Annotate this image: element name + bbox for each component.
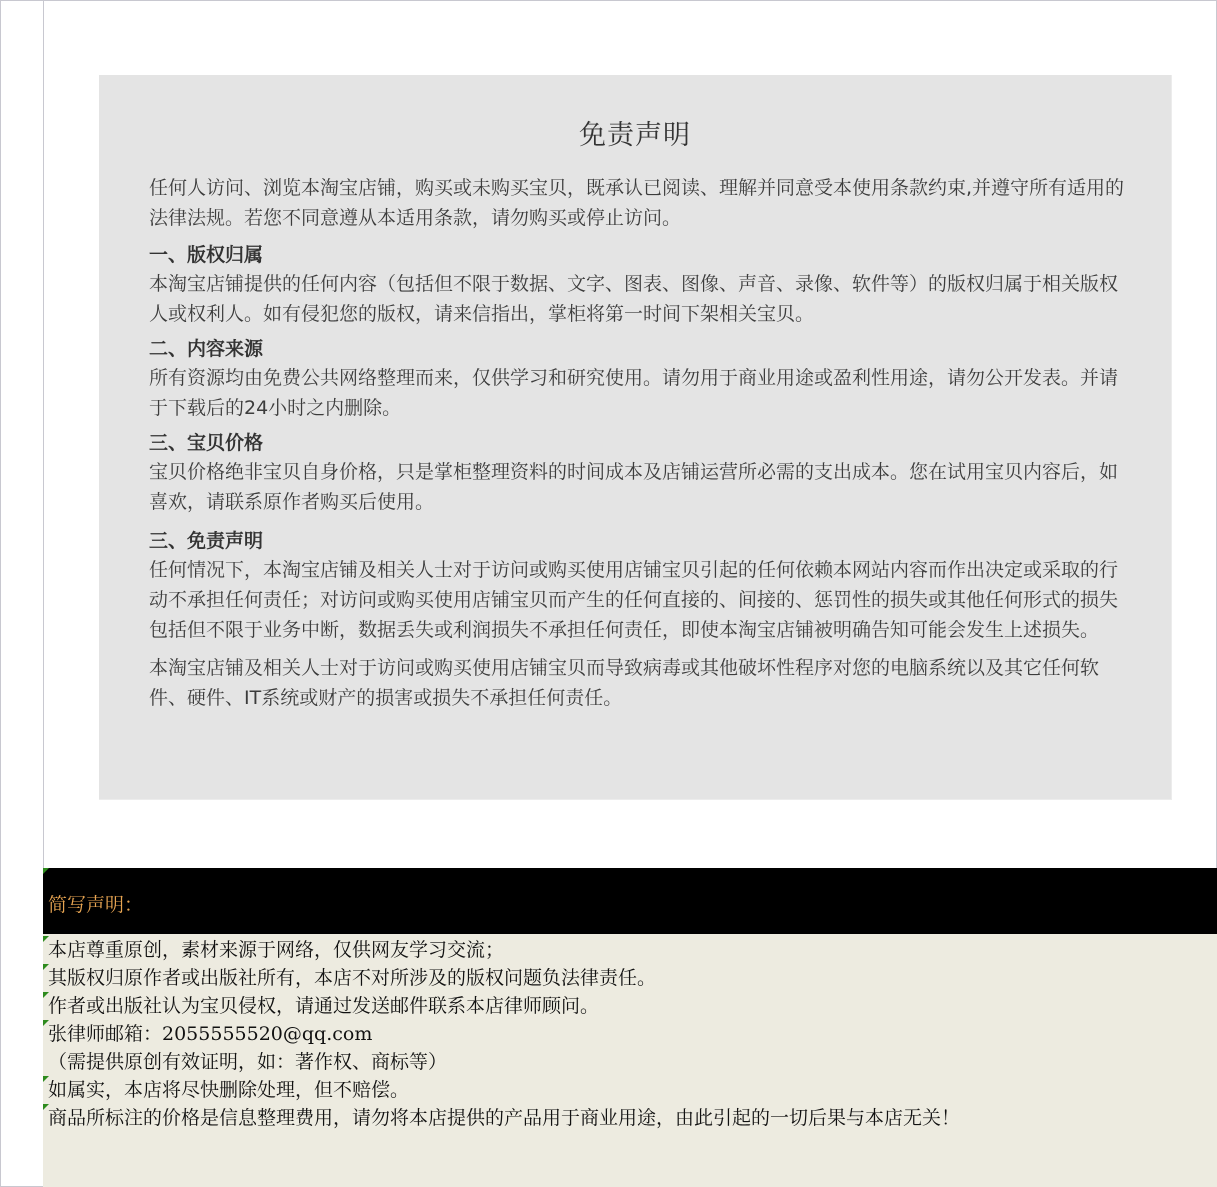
- section-text-liability: 任何情况下，本淘宝店铺及相关人士对于访问或购买使用店铺宝贝引起的任何依赖本网站内…: [149, 555, 1129, 645]
- comment-indicator-icon[interactable]: [43, 992, 49, 998]
- note-text: 本店尊重原创，素材来源于网络，仅供网友学习交流；: [48, 939, 504, 961]
- disclaimer-title: 免责声明: [99, 113, 1171, 152]
- note-text: 如属实，本店将尽快删除处理，但不赔偿。: [48, 1079, 409, 1101]
- section-text-price: 宝贝价格绝非宝贝自身价格，只是掌柜整理资料的时间成本及店铺运营所必需的支出成本。…: [149, 457, 1129, 517]
- note-text: 其版权归原作者或出版社所有，本店不对所涉及的版权问题负法律责任。: [48, 967, 656, 989]
- note-text: 作者或出版社认为宝贝侵权，请通过发送邮件联系本店律师顾问。: [48, 995, 599, 1017]
- note-text: 张律师邮箱：2055555520@qq.com: [48, 1023, 372, 1045]
- note-cell[interactable]: 作者或出版社认为宝贝侵权，请通过发送邮件联系本店律师顾问。: [43, 992, 1217, 1020]
- disclaimer-closing: 本淘宝店铺及相关人士对于访问或购买使用店铺宝贝而导致病毒或其他破坏性程序对您的电…: [149, 653, 1129, 713]
- notes-area: 本店尊重原创，素材来源于网络，仅供网友学习交流； 其版权归原作者或出版社所有，本…: [43, 934, 1217, 1187]
- note-text: 商品所标注的价格是信息整理费用，请勿将本店提供的产品用于商业用途，由此引起的一切…: [48, 1107, 960, 1129]
- disclaimer-body: 任何人访问、浏览本淘宝店铺，购买或未购买宝贝，既承认已阅读、理解并同意受本使用条…: [149, 173, 1129, 721]
- note-cell[interactable]: 其版权归原作者或出版社所有，本店不对所涉及的版权问题负法律责任。: [43, 964, 1217, 992]
- section-text-source: 所有资源均由免费公共网络整理而来，仅供学习和研究使用。请勿用于商业用途或盈利性用…: [149, 363, 1129, 423]
- comment-indicator-icon[interactable]: [43, 868, 49, 874]
- comment-indicator-icon[interactable]: [43, 964, 49, 970]
- disclaimer-intro: 任何人访问、浏览本淘宝店铺，购买或未购买宝贝，既承认已阅读、理解并同意受本使用条…: [149, 173, 1129, 233]
- note-cell[interactable]: 本店尊重原创，素材来源于网络，仅供网友学习交流；: [43, 936, 1217, 964]
- row-gutter-border: [0, 868, 1, 1187]
- section-text-copyright: 本淘宝店铺提供的任何内容（包括但不限于数据、文字、图表、图像、声音、录像、软件等…: [149, 269, 1129, 329]
- comment-indicator-icon[interactable]: [43, 936, 49, 942]
- note-cell[interactable]: 张律师邮箱：2055555520@qq.com: [43, 1020, 1217, 1048]
- section-heading-copyright: 一、版权归属: [149, 241, 1129, 269]
- note-cell[interactable]: 如属实，本店将尽快删除处理，但不赔偿。: [43, 1076, 1217, 1104]
- banner-cell[interactable]: 简写声明：: [43, 868, 1217, 934]
- note-cell[interactable]: （需提供原创有效证明，如：著作权、商标等）: [43, 1048, 1217, 1076]
- comment-indicator-icon[interactable]: [43, 1076, 49, 1082]
- section-heading-source: 二、内容来源: [149, 335, 1129, 363]
- comment-indicator-icon[interactable]: [43, 1104, 49, 1110]
- section-heading-price: 三、宝贝价格: [149, 429, 1129, 457]
- column-gridline: [43, 0, 44, 868]
- banner-label: 简写声明：: [48, 890, 143, 917]
- disclaimer-image[interactable]: 免责声明 任何人访问、浏览本淘宝店铺，购买或未购买宝贝，既承认已阅读、理解并同意…: [99, 75, 1172, 800]
- note-cell[interactable]: 商品所标注的价格是信息整理费用，请勿将本店提供的产品用于商业用途，由此引起的一切…: [43, 1104, 1217, 1132]
- comment-indicator-icon[interactable]: [43, 1020, 49, 1026]
- section-heading-liability: 三、免责声明: [149, 527, 1129, 555]
- note-text: （需提供原创有效证明，如：著作权、商标等）: [48, 1051, 447, 1073]
